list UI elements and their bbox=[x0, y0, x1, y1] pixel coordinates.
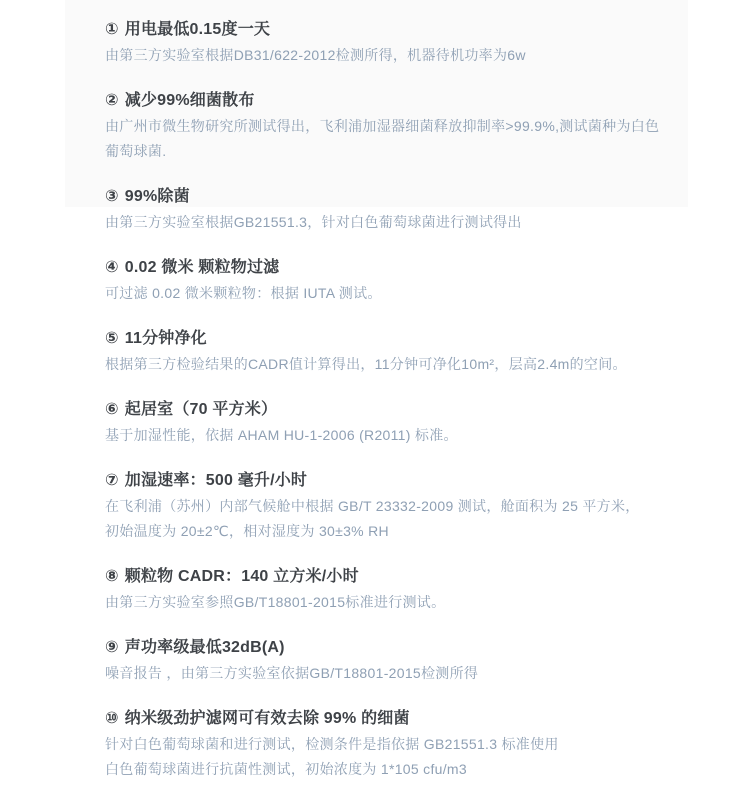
footnote-title-text: 0.02 微米 颗粒物过滤 bbox=[125, 259, 280, 276]
footnote-title-text: 起居室（70 平方米） bbox=[125, 401, 277, 418]
footnote-item-7: ⑦加湿速率：500 毫升/小时 在飞利浦（苏州）内部气候舱中根据 GB/T 23… bbox=[105, 468, 685, 544]
footnote-number: ⑩ bbox=[105, 710, 119, 727]
footnote-title: ①用电最低0.15度一天 bbox=[105, 17, 685, 43]
footnote-item-4: ④0.02 微米 颗粒物过滤 可过滤 0.02 微米颗粒物：根据 IUTA 测试… bbox=[105, 255, 685, 306]
footnote-text-line: 基于加湿性能，依据 AHAM HU-1-2006 (R2011) 标准。 bbox=[105, 423, 685, 448]
footnote-title: ⑥起居室（70 平方米） bbox=[105, 397, 685, 423]
footnote-number: ③ bbox=[105, 188, 119, 205]
footnote-title-text: 99%除菌 bbox=[125, 188, 190, 205]
footnote-item-9: ⑨声功率级最低32dB(A) 噪音报告 ，由第三方实验室依据GB/T18801-… bbox=[105, 635, 685, 686]
footnote-number: ② bbox=[105, 92, 119, 109]
footnote-text-line: 针对白色葡萄球菌和进行测试，检测条件是指依据 GB21551.3 标准使用 bbox=[105, 732, 685, 757]
footnote-title-text: 纳米级劲护滤网可有效去除 99% 的细菌 bbox=[125, 710, 410, 727]
footnote-text-line: 根据第三方检验结果的CADR值计算得出，11分钟可净化10m²，层高2.4m的空… bbox=[105, 352, 685, 377]
footnote-title: ③99%除菌 bbox=[105, 184, 685, 210]
footnote-title-text: 减少99%细菌散布 bbox=[125, 92, 255, 109]
footnote-item-10: ⑩纳米级劲护滤网可有效去除 99% 的细菌 针对白色葡萄球菌和进行测试，检测条件… bbox=[105, 706, 685, 782]
footnote-number: ① bbox=[105, 21, 119, 38]
footnote-title: ⑦加湿速率：500 毫升/小时 bbox=[105, 468, 685, 494]
footnote-item-1: ①用电最低0.15度一天 由第三方实验室根据DB31/622-2012检测所得，… bbox=[105, 17, 685, 68]
footnote-title-text: 11分钟净化 bbox=[125, 330, 207, 347]
footnote-number: ④ bbox=[105, 259, 119, 276]
footnote-text-line: 由第三方实验室参照GB/T18801-2015标准进行测试。 bbox=[105, 590, 685, 615]
footnote-item-6: ⑥起居室（70 平方米） 基于加湿性能，依据 AHAM HU-1-2006 (R… bbox=[105, 397, 685, 448]
footnote-item-5: ⑤11分钟净化 根据第三方检验结果的CADR值计算得出，11分钟可净化10m²，… bbox=[105, 326, 685, 377]
footnote-item-3: ③99%除菌 由第三方实验室根据GB21551.3，针对白色葡萄球菌进行测试得出 bbox=[105, 184, 685, 235]
footnote-text-line: 白色葡萄球菌进行抗菌性测试，初始浓度为 1*105 cfu/m3 bbox=[105, 757, 685, 782]
footnote-text-line: 由第三方实验室根据DB31/622-2012检测所得，机器待机功率为6w bbox=[105, 43, 685, 68]
footnote-text-line: 可过滤 0.02 微米颗粒物：根据 IUTA 测试。 bbox=[105, 281, 685, 306]
footnote-item-2: ②减少99%细菌散布 由广州市微生物研究所测试得出，飞利浦加湿器细菌释放抑制率>… bbox=[105, 88, 685, 164]
footnote-title-text: 加湿速率：500 毫升/小时 bbox=[125, 472, 307, 489]
footnote-text-line: 由第三方实验室根据GB21551.3，针对白色葡萄球菌进行测试得出 bbox=[105, 210, 685, 235]
footnote-text-line: 由广州市微生物研究所测试得出，飞利浦加湿器细菌释放抑制率>99.9%,测试菌种为… bbox=[105, 114, 685, 139]
footnote-text-line: 在飞利浦（苏州）内部气候舱中根据 GB/T 23332-2009 测试，舱面积为… bbox=[105, 494, 685, 519]
footnote-title-text: 颗粒物 CADR：140 立方米/小时 bbox=[125, 568, 359, 585]
footnote-title: ⑧颗粒物 CADR：140 立方米/小时 bbox=[105, 564, 685, 590]
footnote-title-text: 用电最低0.15度一天 bbox=[125, 21, 270, 38]
footnote-number: ⑥ bbox=[105, 401, 119, 418]
footnote-title: ⑨声功率级最低32dB(A) bbox=[105, 635, 685, 661]
footnote-number: ⑦ bbox=[105, 472, 119, 489]
footnote-number: ⑤ bbox=[105, 330, 119, 347]
footnote-title-text: 声功率级最低32dB(A) bbox=[125, 639, 285, 656]
footnote-text-line: 噪音报告 ，由第三方实验室依据GB/T18801-2015检测所得 bbox=[105, 661, 685, 686]
footnotes-list: ①用电最低0.15度一天 由第三方实验室根据DB31/622-2012检测所得，… bbox=[105, 17, 685, 802]
footnote-text-line: 葡萄球菌. bbox=[105, 139, 685, 164]
footnote-item-8: ⑧颗粒物 CADR：140 立方米/小时 由第三方实验室参照GB/T18801-… bbox=[105, 564, 685, 615]
footnote-number: ⑨ bbox=[105, 639, 119, 656]
footnote-number: ⑧ bbox=[105, 568, 119, 585]
footnote-title: ⑤11分钟净化 bbox=[105, 326, 685, 352]
footnote-text-line: 初始温度为 20±2℃，相对湿度为 30±3% RH bbox=[105, 519, 685, 544]
footnote-title: ④0.02 微米 颗粒物过滤 bbox=[105, 255, 685, 281]
footnote-title: ②减少99%细菌散布 bbox=[105, 88, 685, 114]
footnote-title: ⑩纳米级劲护滤网可有效去除 99% 的细菌 bbox=[105, 706, 685, 732]
disclaimer-page: ①用电最低0.15度一天 由第三方实验室根据DB31/622-2012检测所得，… bbox=[0, 0, 750, 810]
